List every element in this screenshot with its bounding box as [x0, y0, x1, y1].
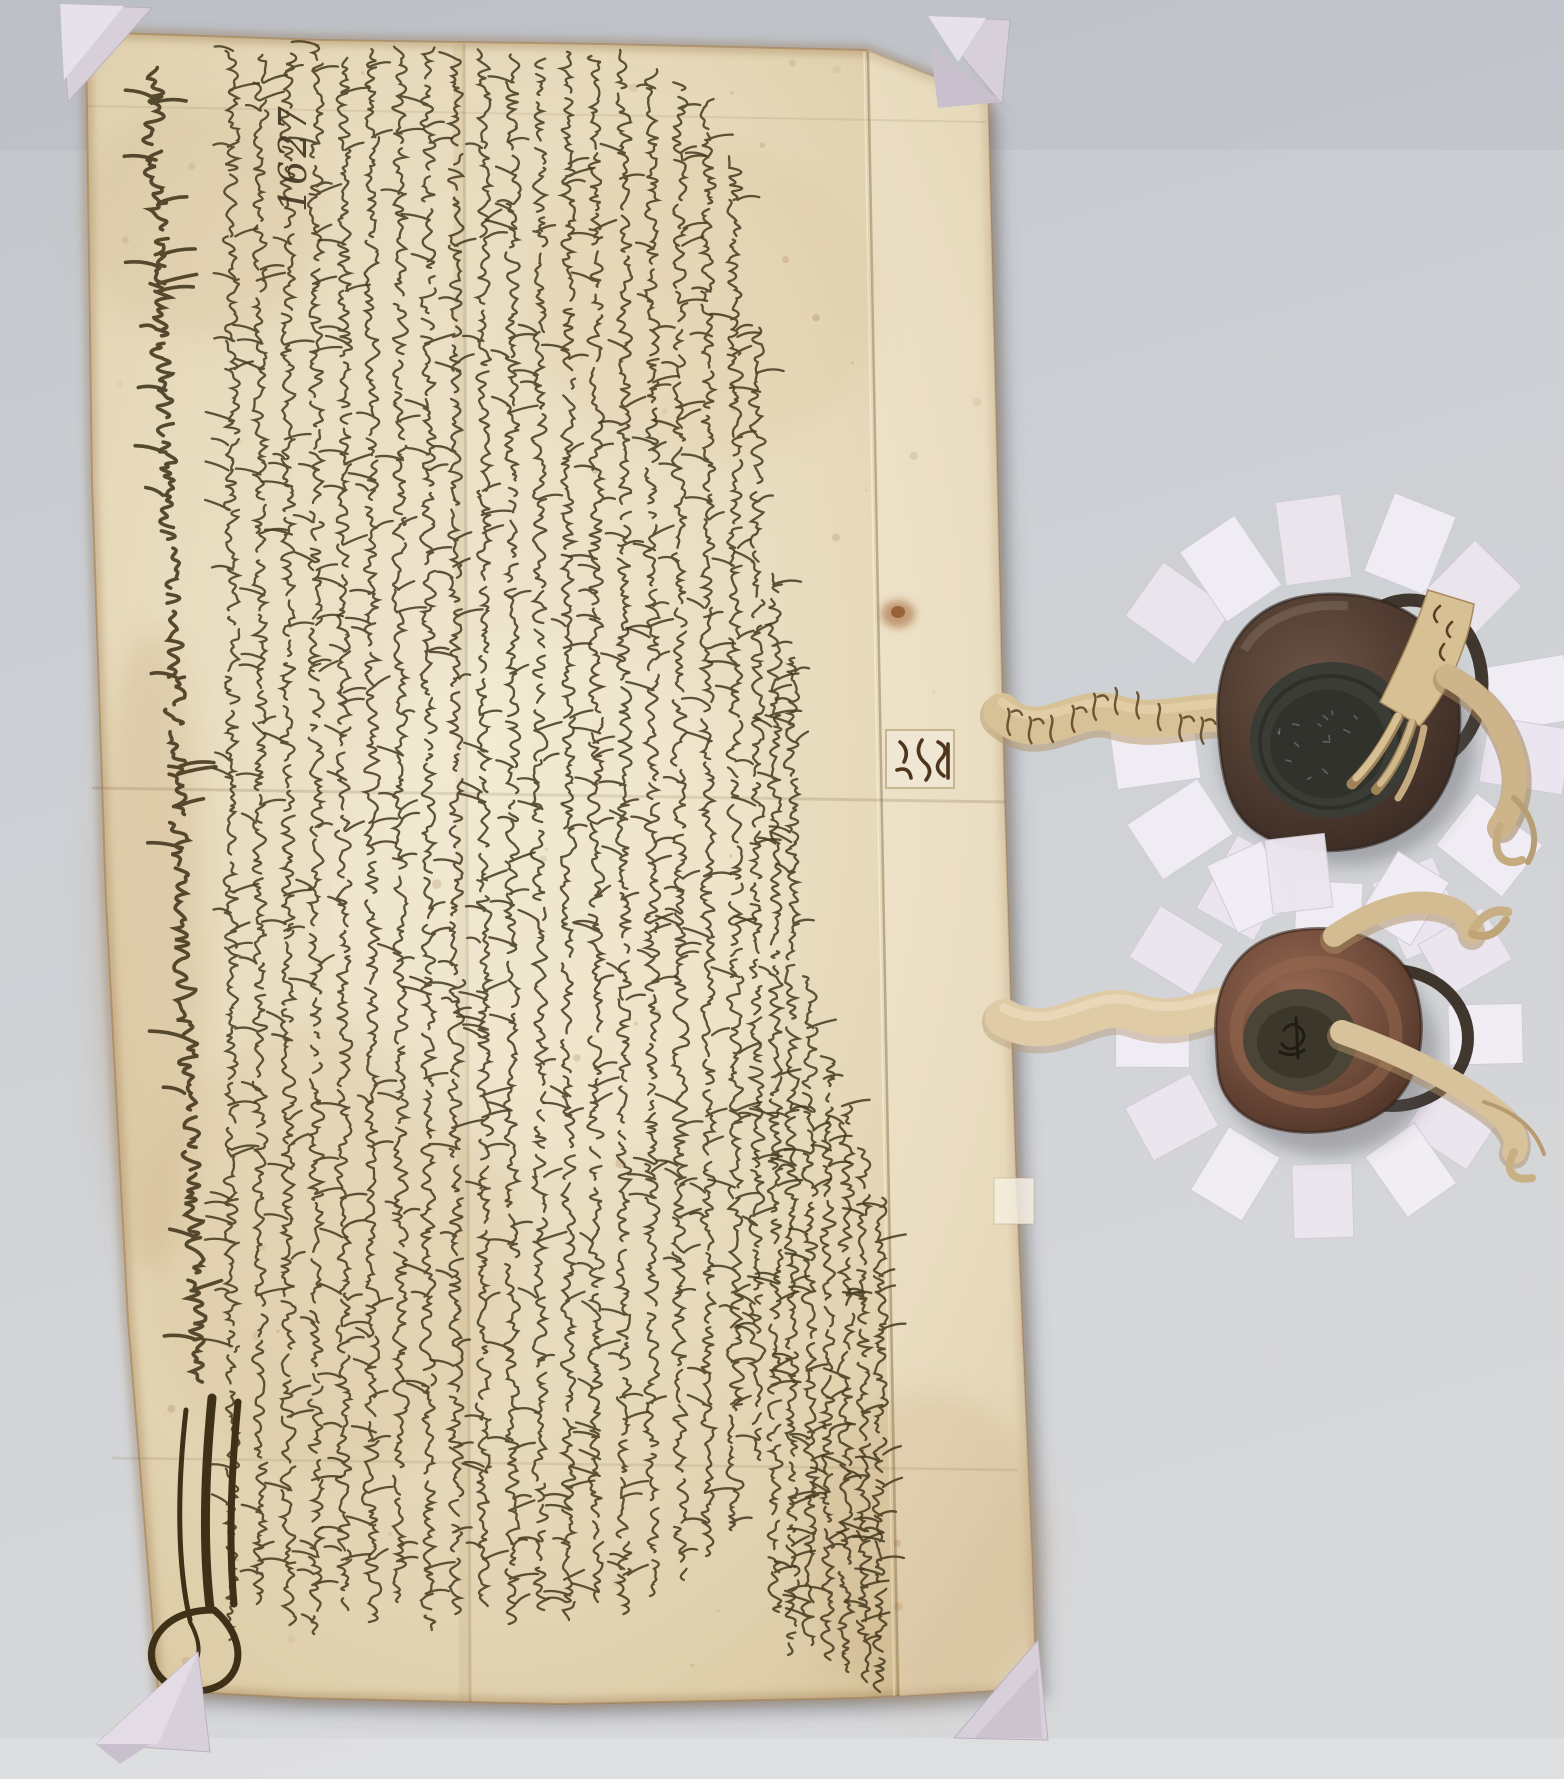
parchment — [80, 32, 1050, 1710]
backing-board-bottom-light — [0, 1738, 1564, 1779]
archive-label — [886, 730, 954, 788]
photograph-of-charter: 1627 — [0, 0, 1564, 1779]
rust-stain-core — [891, 606, 905, 618]
repair-tab — [994, 1178, 1034, 1224]
corner-mount-top-right — [928, 16, 1010, 108]
seal-impression-upper-inner — [1270, 690, 1386, 798]
year-1627: 1627 — [271, 103, 315, 212]
